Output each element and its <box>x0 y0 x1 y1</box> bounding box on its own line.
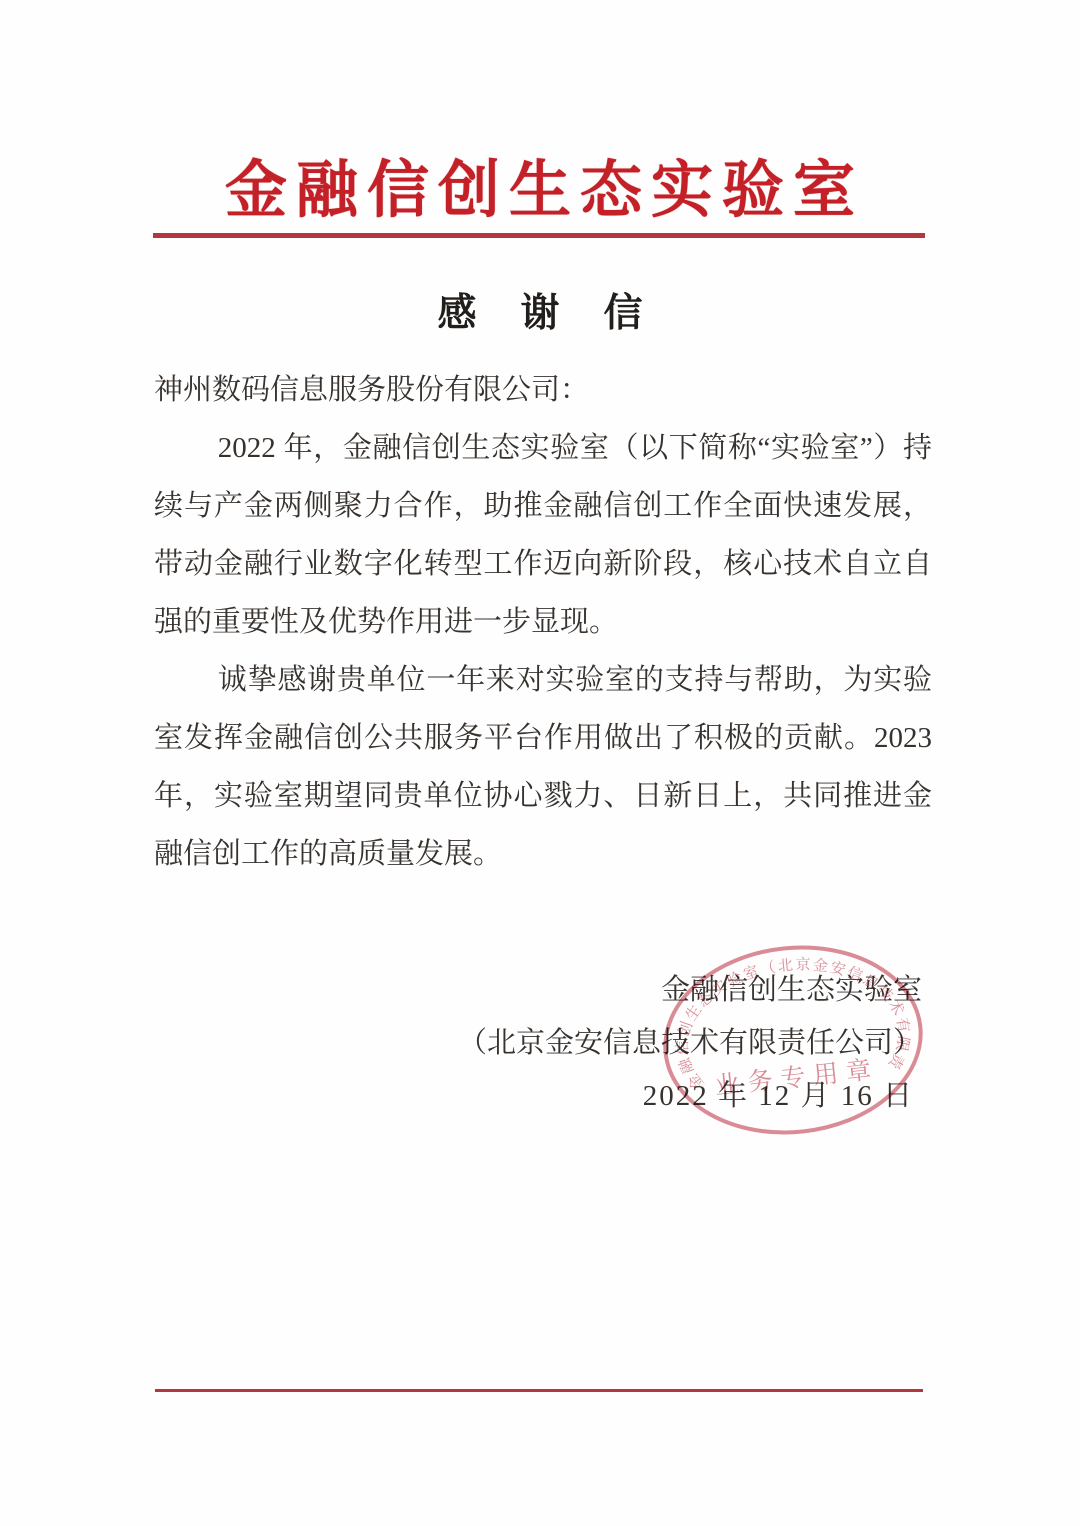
header-rule <box>153 233 925 238</box>
letterhead-title: 金融信创生态实验室 <box>0 140 1080 229</box>
body-paragraph-1: 2022 年，金融信创生态实验室（以下简称“实验室”）持续与产金两侧聚力合作，助… <box>154 419 932 651</box>
salutation: 神州数码信息服务股份有限公司： <box>154 361 932 419</box>
letter-body: 神州数码信息服务股份有限公司： 2022 年，金融信创生态实验室（以下简称“实验… <box>154 361 932 883</box>
letter-page: 金融信创生态实验室 感谢信 神州数码信息服务股份有限公司： 2022 年，金融信… <box>0 0 1080 1526</box>
stamp-bottom-text: 业务专用章 <box>713 1055 880 1100</box>
body-paragraph-2: 诚挚感谢贵单位一年来对实验室的支持与帮助，为实验室发挥金融信创公共服务平台作用做… <box>154 651 932 883</box>
official-seal-stamp: 金融信创生态实验室（北京金安信息技术有限责任公司） 业务专用章 <box>649 929 938 1150</box>
letter-title: 感谢信 <box>0 282 1080 338</box>
footer-rule <box>155 1389 923 1392</box>
